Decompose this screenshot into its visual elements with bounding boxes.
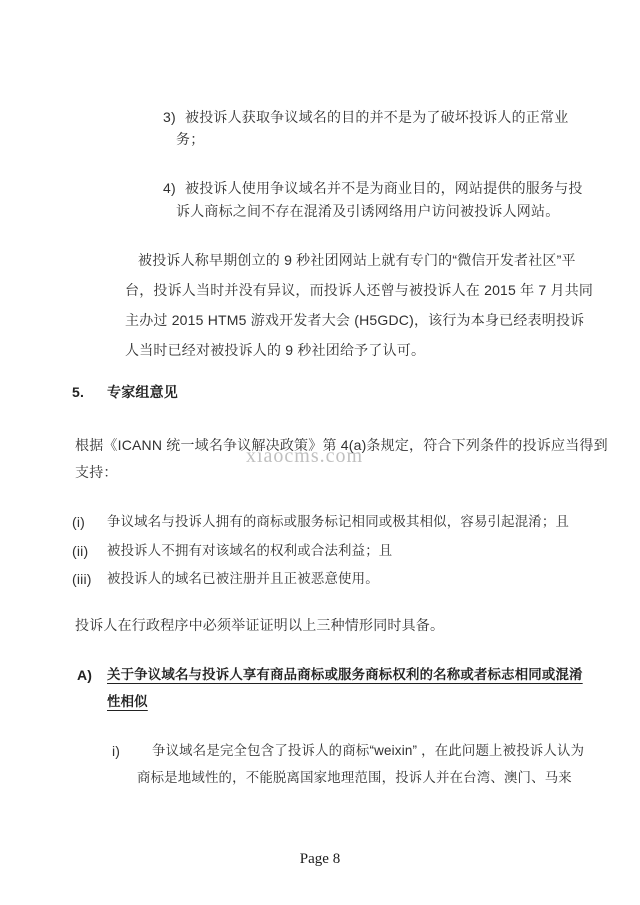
condition-ii-text: 被投诉人不拥有对该域名的权利或合法利益；且: [107, 543, 392, 559]
item4-line2: 诉人商标之间不存在混淆及引诱网络用户访问被投诉人网站。: [176, 203, 559, 219]
condition-i-text: 争议域名与投诉人拥有的商标或服务标记相同或极其相似，容易引起混淆；且: [107, 514, 569, 530]
condition-iii-number: (iii): [72, 571, 92, 587]
respondent-paragraph-line3: 主办过 2015 HTM5 游戏开发者大会 (H5GDC)，该行为本身已经表明投…: [125, 312, 584, 328]
document-page: xiaocms.com 3) 被投诉人获取争议域名的目的并不是为了破坏投诉人的正…: [0, 0, 640, 905]
item3-line2: 务；: [176, 131, 204, 147]
item4-line1: 被投诉人使用争议域名并不是为商业目的，网站提供的服务与投: [185, 180, 583, 196]
item3-number: 3): [163, 109, 176, 125]
section5-title: 专家组意见: [107, 384, 178, 400]
burden-paragraph: 投诉人在行政程序中必须举证证明以上三种情形同时具备。: [75, 617, 444, 633]
item4-number: 4): [163, 180, 176, 196]
item-i-number: i): [112, 743, 120, 759]
condition-iii-text: 被投诉人的域名已被注册并且正被恶意使用。: [107, 571, 379, 587]
policy-paragraph-line1: 根据《ICANN 统一域名争议解决政策》第 4(a)条规定，符合下列条件的投诉应…: [75, 437, 608, 453]
page-number: Page 8: [0, 851, 640, 868]
sectionA-number: A): [77, 667, 92, 683]
item-i-line1: 争议域名是完全包含了投诉人的商标“weixin” ，在此问题上被投诉人认为: [152, 743, 584, 759]
item3-line1: 被投诉人获取争议域名的目的并不是为了破坏投诉人的正常业: [185, 109, 568, 125]
sectionA-title-line1: 关于争议域名与投诉人享有商品商标或服务商标权利的名称或者标志相同或混淆: [107, 667, 583, 683]
condition-i-number: (i): [72, 514, 85, 530]
condition-ii-number: (ii): [72, 543, 88, 559]
respondent-paragraph-line2: 台，投诉人当时并没有异议，而投诉人还曾与被投诉人在 2015 年 7 月共同: [125, 282, 593, 298]
policy-paragraph-line2: 支持：: [75, 464, 118, 480]
respondent-paragraph-line4: 人当时已经对被投诉人的 9 秒社团给予了认可。: [125, 342, 425, 358]
item-i-line2: 商标是地域性的，不能脱离国家地理范围，投诉人并在台湾、澳门、马来: [137, 770, 572, 786]
sectionA-title-line2: 性相似: [107, 694, 148, 710]
section5-number: 5.: [72, 384, 84, 400]
respondent-paragraph-line1: 被投诉人称早期创立的 9 秒社团网站上就有专门的“微信开发者社区”平: [138, 252, 576, 268]
